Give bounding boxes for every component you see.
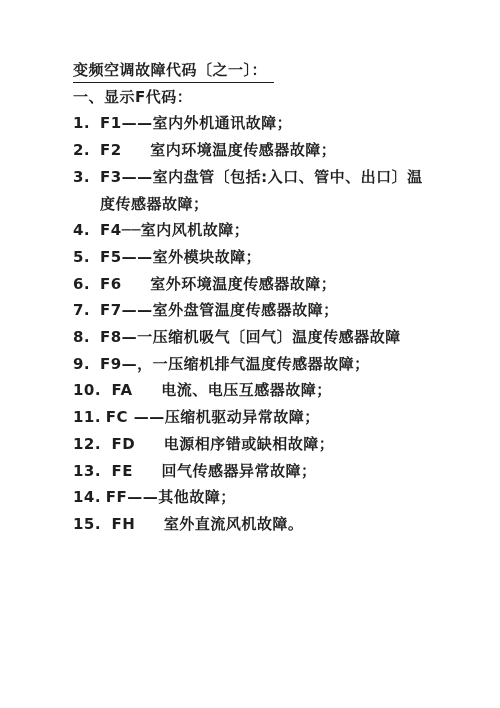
item-number: 6.: [73, 271, 100, 298]
item-number: 14.: [73, 484, 100, 511]
item-text: F1——室内外机通讯故障；: [100, 110, 292, 137]
list-item-fh: 15. FH 室外直流风机故障。: [73, 511, 433, 538]
item-text: FC ——压缩机驱动异常故障；: [100, 404, 320, 431]
list-item-fa: 10. FA 电流、电压互感器故障；: [73, 377, 433, 404]
item-number: 10.: [73, 377, 100, 404]
item-text: FD 电源相序错或缺相故障；: [100, 431, 334, 458]
item-number: 2.: [73, 137, 100, 164]
list-item-fc: 11. FC ——压缩机驱动异常故障；: [73, 404, 433, 431]
item-text: F7——室外盘管温度传感器故障；: [100, 297, 339, 324]
item-text: F6 室外环境温度传感器故障；: [100, 271, 336, 298]
document-title: 变频空调故障代码〔之一〕：: [73, 57, 433, 84]
item-number: 5.: [73, 244, 100, 271]
list-item-f1: 1. F1——室内外机通讯故障；: [73, 110, 433, 137]
item-text: F5——室外模块故障；: [100, 244, 261, 271]
list-item-fd: 12. FD 电源相序错或缺相故障；: [73, 431, 433, 458]
list-item-f5: 5. F5——室外模块故障；: [73, 244, 433, 271]
item-text: FH 室外直流风机故障。: [100, 511, 303, 538]
section-heading: 一、显示F代码：: [73, 84, 433, 111]
item-text: F4──室内风机故障；: [100, 217, 249, 244]
item-number: 13.: [73, 458, 100, 485]
list-item-f3: 3. F3——室内盘管〔包括:入口、管中、出口〕温度传感器故障；: [73, 164, 433, 217]
fault-code-list: 1. F1——室内外机通讯故障； 2. F2 室内环境温度传感器故障； 3. F…: [73, 110, 433, 537]
list-item-f4: 4. F4──室内风机故障；: [73, 217, 433, 244]
item-number: 9.: [73, 351, 100, 378]
document-title-text: 变频空调故障代码〔之一〕：: [73, 58, 274, 83]
item-number: 11.: [73, 404, 100, 431]
document-body: 变频空调故障代码〔之一〕： 一、显示F代码： 1. F1——室内外机通讯故障； …: [73, 57, 433, 538]
item-text: F8—一压缩机吸气〔回气〕温度传感器故障: [100, 324, 401, 351]
item-number: 7.: [73, 297, 100, 324]
item-text: F3——室内盘管〔包括:入口、管中、出口〕温度传感器故障；: [100, 164, 426, 217]
list-item-f7: 7. F7——室外盘管温度传感器故障；: [73, 297, 433, 324]
item-number: 8.: [73, 324, 100, 351]
item-text: F9—，一压缩机排气温度传感器故障；: [100, 351, 370, 378]
item-text: FF——其他故障；: [100, 484, 236, 511]
item-number: 15.: [73, 511, 100, 538]
item-number: 3.: [73, 164, 100, 191]
list-item-f8: 8. F8—一压缩机吸气〔回气〕温度传感器故障: [73, 324, 433, 351]
list-item-f6: 6. F6 室外环境温度传感器故障；: [73, 271, 433, 298]
list-item-fe: 13. FE 回气传感器异常故障；: [73, 458, 433, 485]
list-item-f2: 2. F2 室内环境温度传感器故障；: [73, 137, 433, 164]
item-number: 4.: [73, 217, 100, 244]
item-text: F2 室内环境温度传感器故障；: [100, 137, 336, 164]
item-number: 12.: [73, 431, 100, 458]
list-item-f9: 9. F9—，一压缩机排气温度传感器故障；: [73, 351, 433, 378]
item-text: FA 电流、电压互感器故障；: [100, 377, 332, 404]
item-text: FE 回气传感器异常故障；: [100, 458, 317, 485]
list-item-ff: 14. FF——其他故障；: [73, 484, 433, 511]
item-number: 1.: [73, 110, 100, 137]
document-page: 变频空调故障代码〔之一〕： 一、显示F代码： 1. F1——室内外机通讯故障； …: [0, 0, 500, 708]
